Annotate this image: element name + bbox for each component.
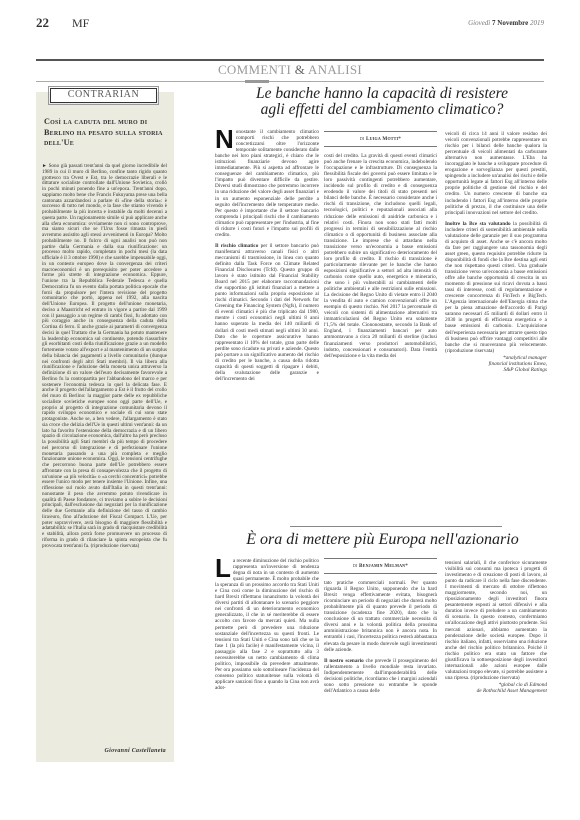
byline-prefix: di [360, 136, 365, 142]
section-rule [36, 81, 544, 82]
article1-title-line1: Le banche hanno la capacità di resistere [212, 86, 552, 102]
article1-byline: di Luiga Motti* [324, 131, 437, 147]
issue-date: Giovedì 7 Novembre 2019 [468, 19, 544, 28]
section-ampersand: & [295, 62, 305, 77]
contrarian-body: ► Sono già passati trent'anni da quel gi… [42, 164, 167, 549]
contrarian-text: Sono già passati trent'anni da quel gior… [42, 163, 167, 549]
article1-column-2: di Luiga Motti* costi del credito. La gr… [324, 131, 437, 359]
byline-prefix: di [353, 563, 358, 569]
article1-col2-text: costi del credito. La gravità di questi … [324, 153, 437, 359]
section-title-left: COMMENTI [218, 62, 291, 77]
brand-logo: MF [72, 18, 89, 28]
article1-column-1: N onostante il cambiamento climatico com… [215, 129, 319, 382]
byline-author: Luiga Motti* [366, 136, 401, 142]
article2-author-note: *global cio di Edmond de Rothschild Asse… [445, 682, 547, 694]
article2-byline: di Benjamin Melman* [324, 558, 437, 574]
article1-title-line2: agli effetti del cambiamento climatico? [212, 102, 552, 118]
masthead-rule [36, 59, 544, 61]
article2-column-2: di Benjamin Melman* tato pratiche commer… [324, 558, 437, 694]
byline-author: Benjamin Melman* [359, 563, 408, 569]
date-weekday: Giovedì [468, 19, 490, 27]
page-number: 22 [36, 18, 49, 28]
author-note-line: de Rothschild Asset Management [445, 688, 547, 694]
article1-dropcap: N [215, 129, 234, 149]
article-divider [290, 526, 502, 527]
article2-column-1: L a recente diminuzione del rischio poli… [215, 558, 319, 691]
article2-col2-p2: che prevede il proseguimento del rallent… [324, 658, 437, 694]
article1-author-note: *analytical manager financial institutio… [445, 355, 547, 374]
contrarian-signature: Giovanni Castellaneta [42, 748, 166, 754]
contrarian-headline: Così la caduta del muro di Berlino ha pe… [44, 117, 172, 149]
article2-title: È ora di mettere più Europa nell'azionar… [210, 531, 555, 549]
section-title-right: ANALISI [308, 62, 362, 77]
article1-col3-p2: la possibilità di includere criteri di s… [445, 221, 547, 354]
article2-col2-text: tato pratiche commerciali normali. Per q… [324, 580, 437, 653]
date-year: 2019 [530, 19, 544, 27]
article2-column-3: tensioni salariali, il che conferisce si… [445, 560, 547, 694]
section-title: COMMENTI & ANALISI [0, 63, 580, 77]
article1-col3-text: veicoli di circa 14 anni il valore resid… [445, 131, 547, 216]
article2-dropcap: L [215, 558, 231, 578]
article1-column-3: veicoli di circa 14 anni il valore resid… [445, 131, 547, 373]
author-note-line: S&P Global Ratings [445, 367, 547, 373]
masthead: 22 MF Giovedì 7 Novembre 2019 [36, 18, 544, 28]
date-day-month: 7 Novembre [492, 19, 528, 27]
article1-col1-p2: per il settore bancario può manifestarsi… [215, 243, 319, 382]
contrarian-label: CONTRARIAN [50, 88, 157, 103]
article1-title: Le banche hanno la capacità di resistere… [212, 86, 552, 118]
section-rule-marker [245, 80, 269, 83]
article2-col3-text: tensioni salariali, il che conferisce si… [445, 560, 547, 681]
